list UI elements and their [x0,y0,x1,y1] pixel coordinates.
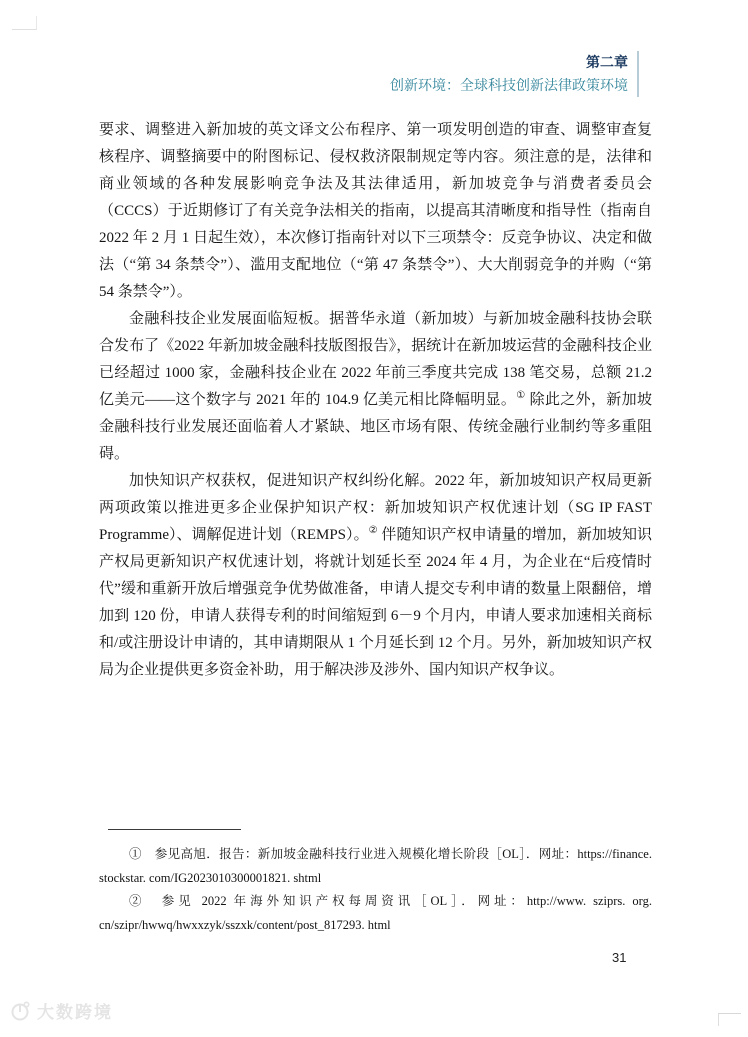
footnote: ② 参见 2022 年海外知识产权每周资讯［OL］．网址：http://www.… [99,890,652,937]
body-text: 要求、调整进入新加坡的英文译文公布程序、第一项发明创造的审查、调整审查复核程序、… [99,117,652,684]
scan-corner-mark-bottom-right [718,1013,741,1026]
footnote: ① 参见高旭．报告：新加坡金融科技行业进入规模化增长阶段［OL］．网址：http… [99,843,652,890]
watermark-logo-icon [10,1000,32,1022]
page-number: 31 [612,950,626,965]
page-header: 第二章 创新环境：全球科技创新法律政策环境 [390,51,639,97]
document-page: 第二章 创新环境：全球科技创新法律政策环境 要求、调整进入新加坡的英文译文公布程… [0,0,748,1037]
footnotes-section: ① 参见高旭．报告：新加坡金融科技行业进入规模化增长阶段［OL］．网址：http… [99,829,652,937]
chapter-subtitle: 创新环境：全球科技创新法律政策环境 [390,74,628,97]
watermark: 大数跨境 [10,998,113,1023]
body-paragraph: 金融科技企业发展面临短板。据普华永道（新加坡）与新加坡金融科技协会联合发布了《2… [99,306,652,468]
body-paragraph: 加快知识产权获权，促进知识产权纠纷化解。2022 年，新加坡知识产权局更新两项政… [99,468,652,684]
body-paragraph: 要求、调整进入新加坡的英文译文公布程序、第一项发明创造的审查、调整审查复核程序、… [99,117,652,306]
watermark-text: 大数跨境 [37,998,113,1023]
scan-corner-mark-top-left [12,16,37,30]
chapter-title: 第二章 [390,51,628,74]
footnote-divider [108,829,241,830]
